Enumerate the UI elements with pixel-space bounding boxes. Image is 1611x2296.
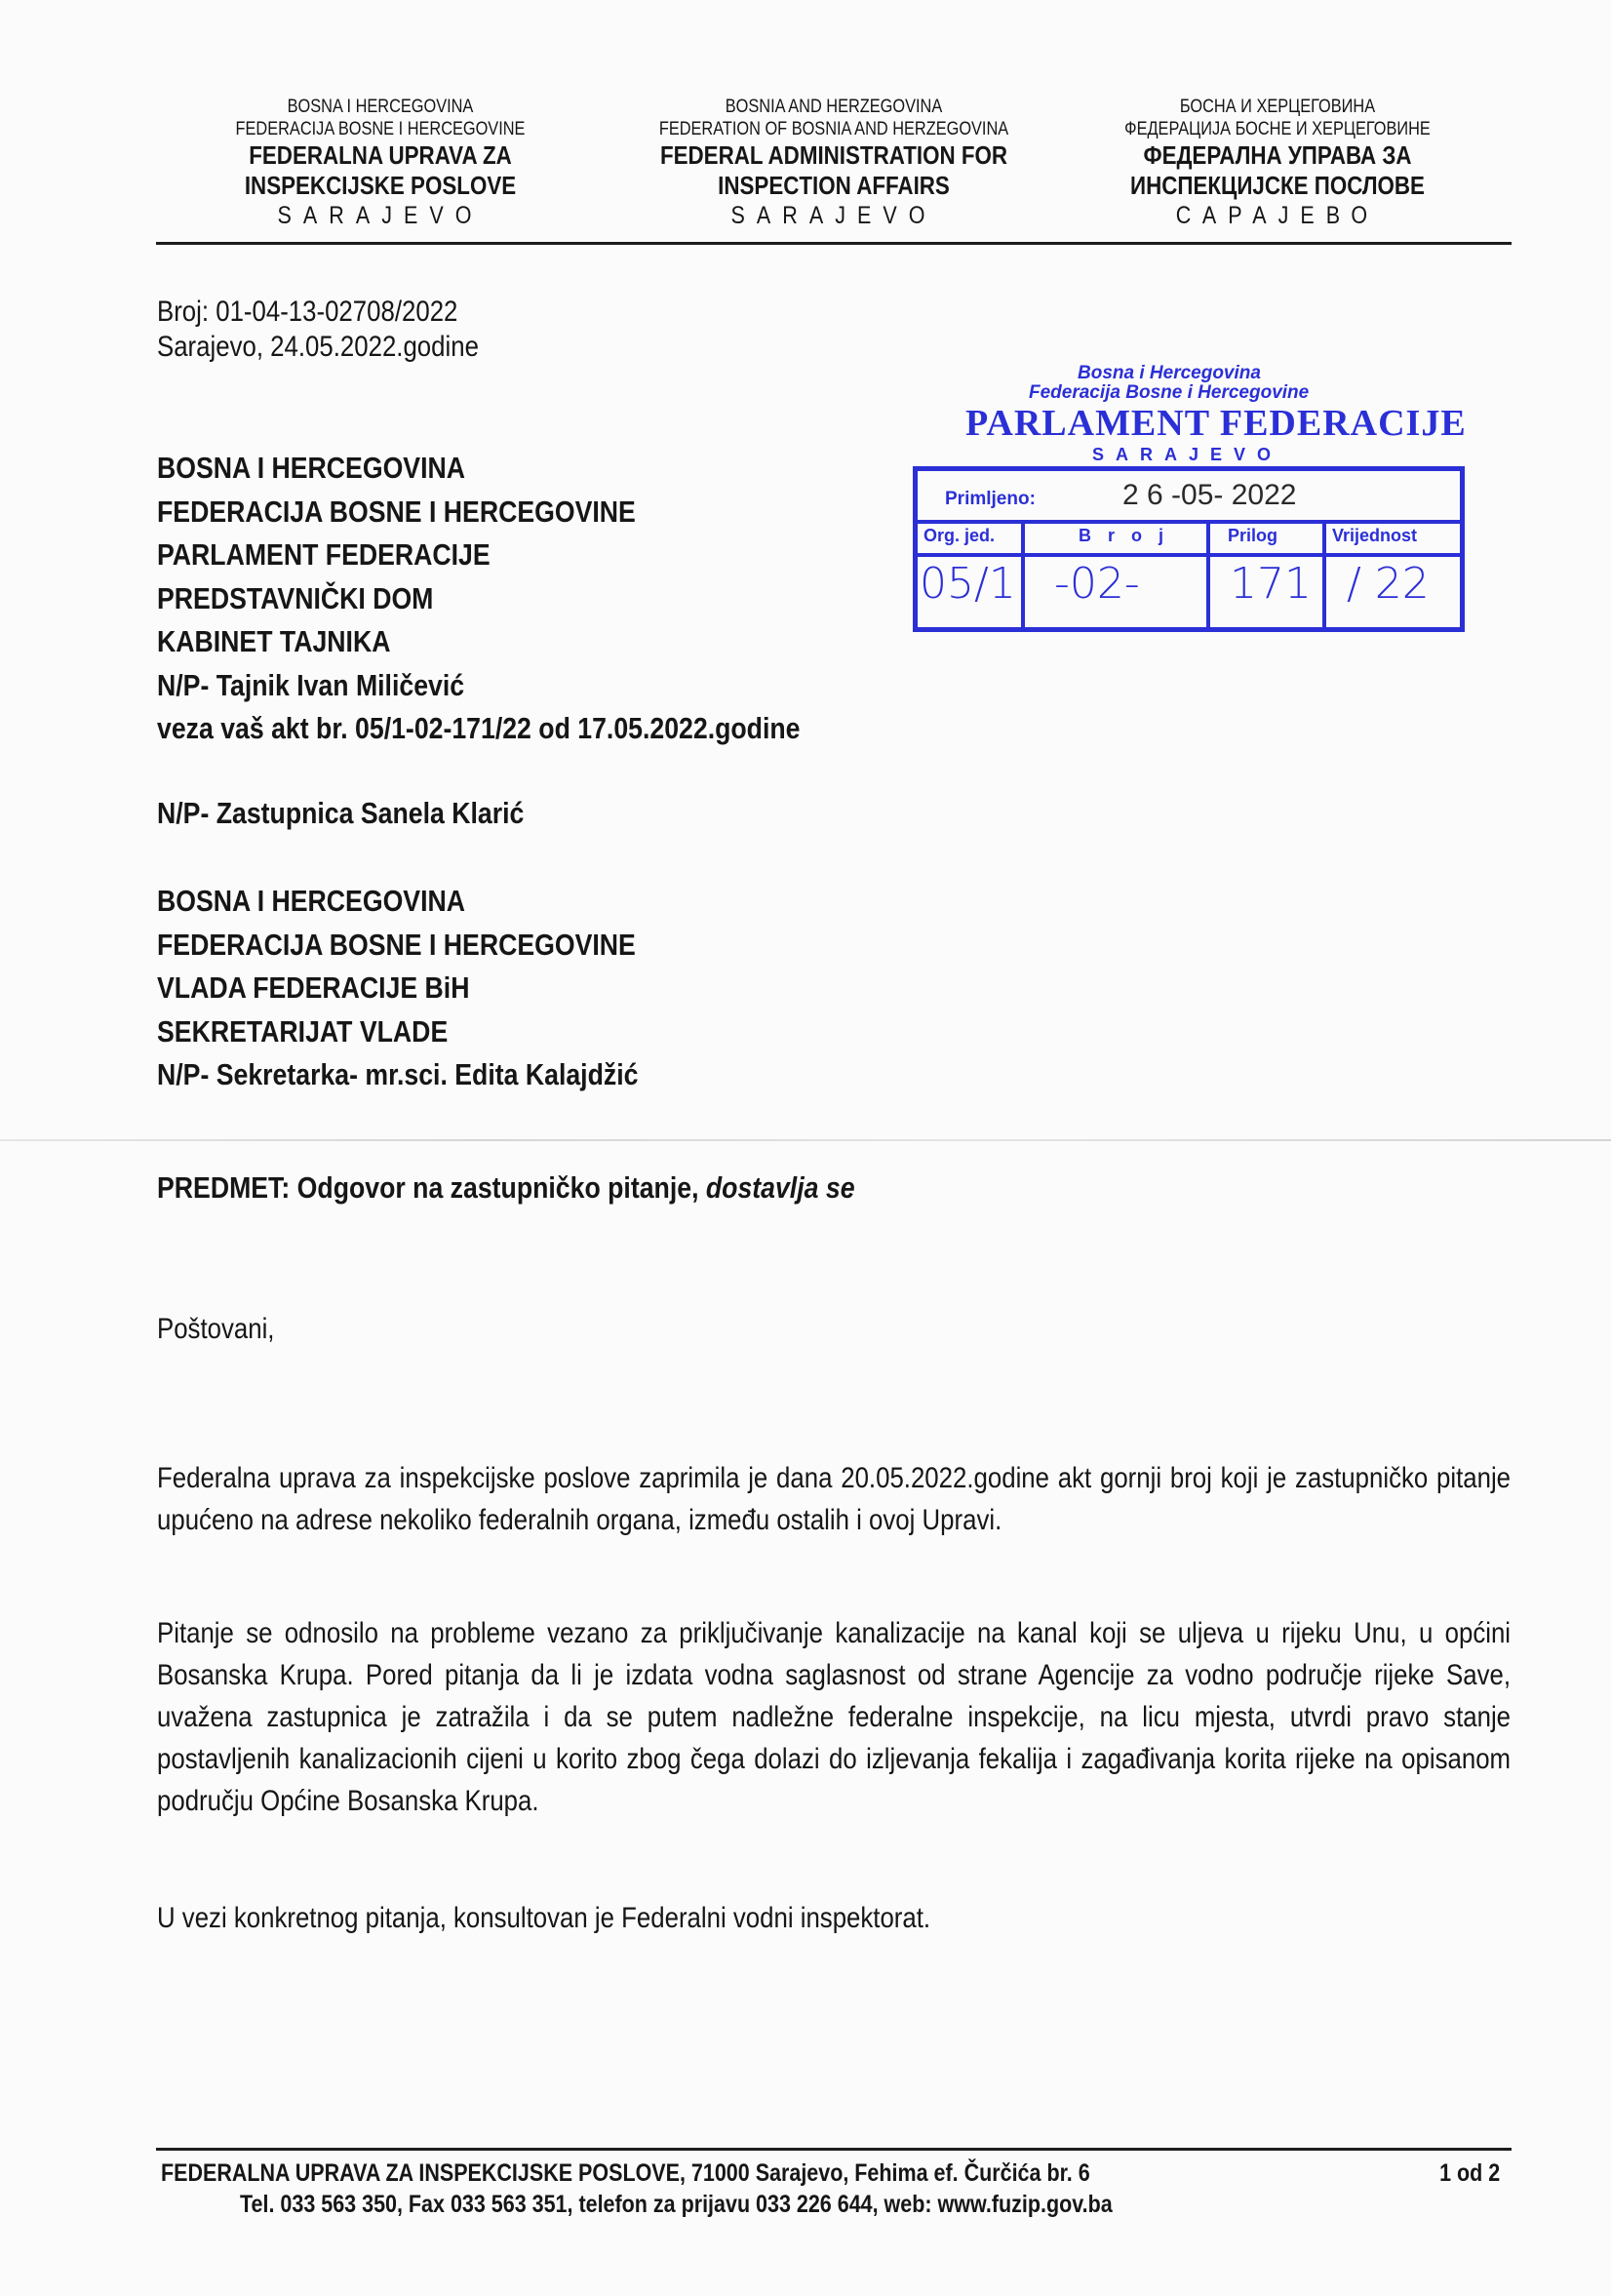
recipient-line: PREDSTAVNIČKI DOM — [157, 577, 433, 621]
greeting: Poštovani, — [157, 1313, 294, 1346]
stamp-divider — [1322, 520, 1326, 629]
received-stamp: Bosna i Hercegovina Federacija Bosne i H… — [907, 359, 1473, 642]
stamp-received-date: 2 6 -05- 2022 — [1122, 479, 1296, 512]
page-number-text: 1 od 2 — [1439, 2159, 1500, 2188]
paper-fold-line — [0, 1139, 1611, 1141]
letterhead-federation: FEDERATION OF BOSNIA AND HERZEGOVINA — [641, 118, 1027, 140]
body-paragraph-text: Pitanje se odnosilo na probleme vezano z… — [157, 1612, 1511, 1822]
letterhead-cyrillic: БОСНА И ХЕРЦЕГОВИНА ФЕДЕРАЦИЈА БОСНЕ И Х… — [1053, 96, 1502, 231]
letterhead-english: BOSNIA AND HERZEGOVINA FEDERATION OF BOS… — [609, 96, 1058, 231]
letterhead-city: SARAJEVO — [187, 201, 573, 231]
recipient-line: KABINET TAJNIKA — [157, 620, 390, 664]
reference-block: Broj: 01-04-13-02708/2022 Sarajevo, 24.0… — [157, 295, 531, 365]
recipient-line: N/P- Sekretarka- mr.sci. Edita Kalajdžić — [157, 1053, 638, 1097]
letterhead-divider — [156, 242, 1512, 245]
reference-place-date: Sarajevo, 24.05.2022.godine — [157, 330, 479, 365]
recipient-line: N/P- Tajnik Ivan Miličević — [157, 664, 464, 708]
stamp-line2: Federacija Bosne i Hercegovine — [1029, 382, 1309, 404]
letterhead: BOSNA I HERCEGOVINA FEDERACIJA BOSNE I H… — [156, 96, 1512, 242]
letterhead-city: САРАЈЕВО — [1084, 201, 1471, 231]
subject-line: PREDMET: Odgovor na zastupničko pitanje,… — [157, 1170, 968, 1206]
recipient-line: SEKRETARIJAT VLADE — [157, 1010, 448, 1054]
letterhead-org-line2: ИНСПЕКЦИЈСКЕ ПОСЛОВЕ — [1084, 171, 1471, 201]
footer-contact: Tel. 033 563 350, Fax 033 563 351, telef… — [240, 2191, 1254, 2219]
recipient-line: BOSNA I HERCEGOVINA — [157, 880, 465, 924]
stamp-header-number: B r o j — [1079, 526, 1169, 546]
letterhead-org-line1: FEDERALNA UPRAVA ZA — [187, 140, 573, 171]
stamp-header-attachment: Prilog — [1228, 526, 1277, 546]
letterhead-org-line2: INSPEKCIJSKE POSLOVE — [187, 171, 573, 201]
letterhead-city: SARAJEVO — [641, 201, 1027, 231]
letterhead-bosnian: BOSNA I HERCEGOVINA FEDERACIJA BOSNE I H… — [156, 96, 605, 231]
footer-contact-text: Tel. 033 563 350, Fax 033 563 351, telef… — [240, 2191, 1113, 2219]
recipient-line: PARLAMENT FEDERACIJE — [157, 534, 491, 577]
stamp-value-org: 05/1 — [920, 559, 1016, 609]
recipient-block-representative: N/P- Zastupnica Sanela Klarić — [157, 792, 584, 836]
letterhead-federation: ФЕДЕРАЦИЈА БОСНЕ И ХЕРЦЕГОВИНЕ — [1084, 118, 1471, 140]
recipient-block-government: BOSNA I HERCEGOVINA FEDERACIJA BOSNE I H… — [157, 880, 717, 1097]
stamp-table: Primljeno: 2 6 -05- 2022 Org. jed. B r o… — [913, 466, 1465, 632]
footer-divider — [156, 2148, 1512, 2151]
body-paragraph-text: Federalna uprava za inspekcijske poslove… — [157, 1457, 1511, 1541]
body-paragraph-text: U vezi konkretnog pitanja, konsultovan j… — [157, 1897, 1511, 1939]
letterhead-country: BOSNIA AND HERZEGOVINA — [641, 96, 1027, 118]
footer-address-text: FEDERALNA UPRAVA ZA INSPEKCIJSKE POSLOVE… — [161, 2159, 1090, 2188]
stamp-header-org: Org. jed. — [923, 526, 995, 546]
body-paragraph: Federalna uprava za inspekcijske poslove… — [157, 1457, 1511, 1541]
recipient-line: FEDERACIJA BOSNE I HERCEGOVINE — [157, 924, 636, 968]
recipient-line: VLADA FEDERACIJE BiH — [157, 967, 469, 1010]
stamp-divider — [1021, 520, 1025, 629]
stamp-value-attachment: 171 — [1230, 559, 1312, 609]
subject-text: Odgovor na zastupničko pitanje, — [290, 1170, 706, 1205]
recipient-reference: veza vaš akt br. 05/1-02-171/22 od 17.05… — [157, 707, 800, 751]
stamp-line1: Bosna i Hercegovina — [1078, 363, 1261, 384]
stamp-value-number: -02- — [1054, 559, 1140, 609]
footer-address: FEDERALNA UPRAVA ZA INSPEKCIJSKE POSLOVE… — [161, 2159, 1241, 2188]
reference-number: Broj: 01-04-13-02708/2022 — [157, 295, 457, 330]
page-number: 1 od 2 — [1430, 2159, 1500, 2188]
stamp-line4: SARAJEVO — [1092, 445, 1282, 465]
subject-label: PREDMET: — [157, 1170, 290, 1205]
stamp-header-value: Vrijednost — [1332, 526, 1417, 546]
letterhead-org-line1: FEDERAL ADMINISTRATION FOR — [641, 140, 1027, 171]
letterhead-country: BOSNA I HERCEGOVINA — [187, 96, 573, 118]
body-paragraph: Pitanje se odnosilo na probleme vezano z… — [157, 1612, 1511, 1822]
greeting-text: Poštovani, — [157, 1313, 274, 1346]
letterhead-country: БОСНА И ХЕРЦЕГОВИНА — [1084, 96, 1471, 118]
stamp-divider — [1206, 520, 1210, 629]
stamp-value-value: / 22 — [1347, 559, 1430, 609]
recipient-line: BOSNA I HERCEGOVINA — [157, 447, 465, 491]
letterhead-federation: FEDERACIJA BOSNE I HERCEGOVINE — [187, 118, 573, 140]
stamp-line3: PARLAMENT FEDERACIJE — [965, 402, 1467, 445]
letterhead-org-line1: ФЕДЕРАЛНА УПРАВА ЗА — [1084, 140, 1471, 171]
recipient-line: FEDERACIJA BOSNE I HERCEGOVINE — [157, 491, 636, 534]
recipient-block-parliament: BOSNA I HERCEGOVINA FEDERACIJA BOSNE I H… — [157, 447, 905, 751]
letterhead-org-line2: INSPECTION AFFAIRS — [641, 171, 1027, 201]
subject-emphasis: dostavlja se — [706, 1170, 855, 1205]
stamp-received-label: Primljeno: — [945, 489, 1036, 510]
body-paragraph: U vezi konkretnog pitanja, konsultovan j… — [157, 1897, 1511, 1939]
recipient-line: N/P- Zastupnica Sanela Klarić — [157, 792, 524, 836]
